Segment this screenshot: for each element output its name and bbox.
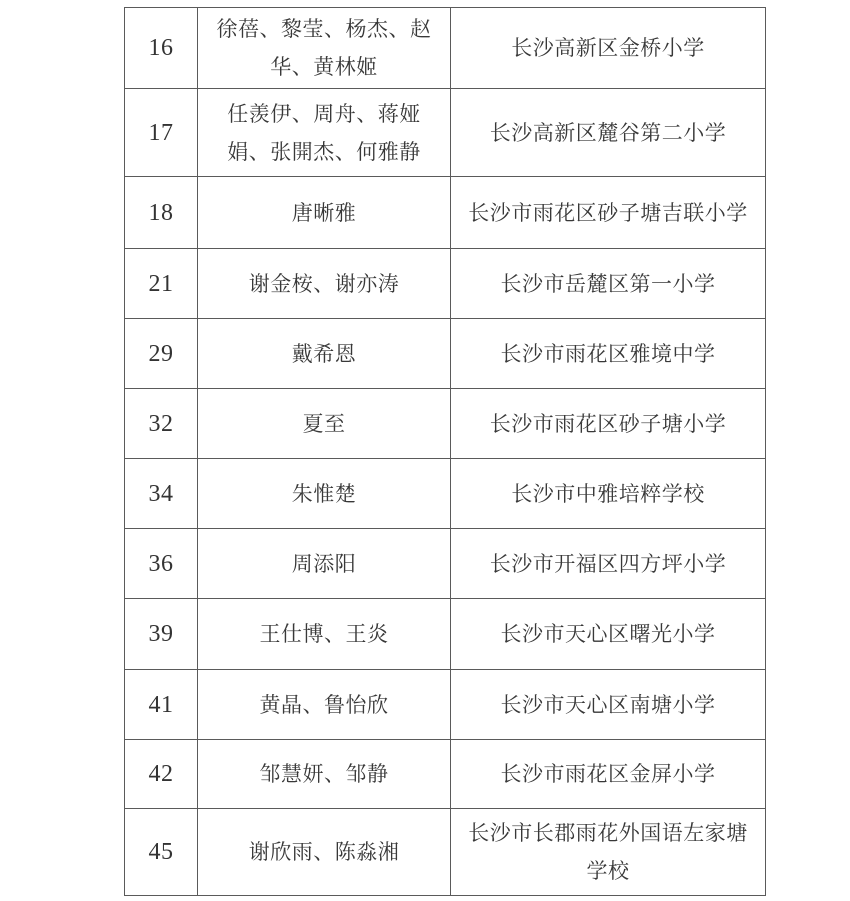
school-cell: 长沙市开福区四方坪小学 <box>451 529 766 599</box>
school-cell: 长沙高新区麓谷第二小学 <box>451 89 766 177</box>
table-row: 18 唐晰雅 长沙市雨花区砂子塘吉联小学 <box>125 177 766 249</box>
names-cell: 唐晰雅 <box>198 177 451 249</box>
names-cell: 朱惟楚 <box>198 459 451 529</box>
row-number-cell: 16 <box>125 8 198 89</box>
row-number-cell: 45 <box>125 809 198 896</box>
students-schools-table: 16 徐蓓、黎莹、杨杰、赵华、黄林姬 长沙高新区金桥小学 17 任羡伊、周舟、蒋… <box>124 7 766 896</box>
table-row: 36 周添阳 长沙市开福区四方坪小学 <box>125 529 766 599</box>
document-page: 16 徐蓓、黎莹、杨杰、赵华、黄林姬 长沙高新区金桥小学 17 任羡伊、周舟、蒋… <box>0 0 850 901</box>
school-cell: 长沙市雨花区砂子塘吉联小学 <box>451 177 766 249</box>
school-cell: 长沙市雨花区雅境中学 <box>451 319 766 389</box>
table-row: 45 谢欣雨、陈淼湘 长沙市长郡雨花外国语左家塘学校 <box>125 809 766 896</box>
table-row: 42 邹慧妍、邹静 长沙市雨花区金屏小学 <box>125 740 766 809</box>
names-cell: 夏至 <box>198 389 451 459</box>
table-row: 39 王仕博、王炎 长沙市天心区曙光小学 <box>125 599 766 670</box>
school-cell: 长沙市中雅培粹学校 <box>451 459 766 529</box>
row-number-cell: 29 <box>125 319 198 389</box>
names-cell: 任羡伊、周舟、蒋娅娟、张開杰、何雅静 <box>198 89 451 177</box>
names-cell: 戴希恩 <box>198 319 451 389</box>
school-cell: 长沙市雨花区砂子塘小学 <box>451 389 766 459</box>
names-cell: 谢欣雨、陈淼湘 <box>198 809 451 896</box>
row-number-cell: 39 <box>125 599 198 670</box>
school-cell: 长沙市天心区南塘小学 <box>451 670 766 740</box>
table-row: 21 谢金桉、谢亦涛 长沙市岳麓区第一小学 <box>125 249 766 319</box>
school-cell: 长沙市雨花区金屏小学 <box>451 740 766 809</box>
names-cell: 徐蓓、黎莹、杨杰、赵华、黄林姬 <box>198 8 451 89</box>
row-number-cell: 36 <box>125 529 198 599</box>
school-cell: 长沙市天心区曙光小学 <box>451 599 766 670</box>
table-row: 29 戴希恩 长沙市雨花区雅境中学 <box>125 319 766 389</box>
names-cell: 邹慧妍、邹静 <box>198 740 451 809</box>
table-row: 16 徐蓓、黎莹、杨杰、赵华、黄林姬 长沙高新区金桥小学 <box>125 8 766 89</box>
names-cell: 谢金桉、谢亦涛 <box>198 249 451 319</box>
table-row: 41 黄晶、鲁怡欣 长沙市天心区南塘小学 <box>125 670 766 740</box>
row-number-cell: 17 <box>125 89 198 177</box>
table-row: 17 任羡伊、周舟、蒋娅娟、张開杰、何雅静 长沙高新区麓谷第二小学 <box>125 89 766 177</box>
row-number-cell: 34 <box>125 459 198 529</box>
row-number-cell: 18 <box>125 177 198 249</box>
table-row: 32 夏至 长沙市雨花区砂子塘小学 <box>125 389 766 459</box>
row-number-cell: 21 <box>125 249 198 319</box>
row-number-cell: 42 <box>125 740 198 809</box>
names-cell: 王仕博、王炎 <box>198 599 451 670</box>
table-row: 34 朱惟楚 长沙市中雅培粹学校 <box>125 459 766 529</box>
school-cell: 长沙市长郡雨花外国语左家塘学校 <box>451 809 766 896</box>
school-cell: 长沙市岳麓区第一小学 <box>451 249 766 319</box>
names-cell: 周添阳 <box>198 529 451 599</box>
row-number-cell: 32 <box>125 389 198 459</box>
row-number-cell: 41 <box>125 670 198 740</box>
names-cell: 黄晶、鲁怡欣 <box>198 670 451 740</box>
school-cell: 长沙高新区金桥小学 <box>451 8 766 89</box>
